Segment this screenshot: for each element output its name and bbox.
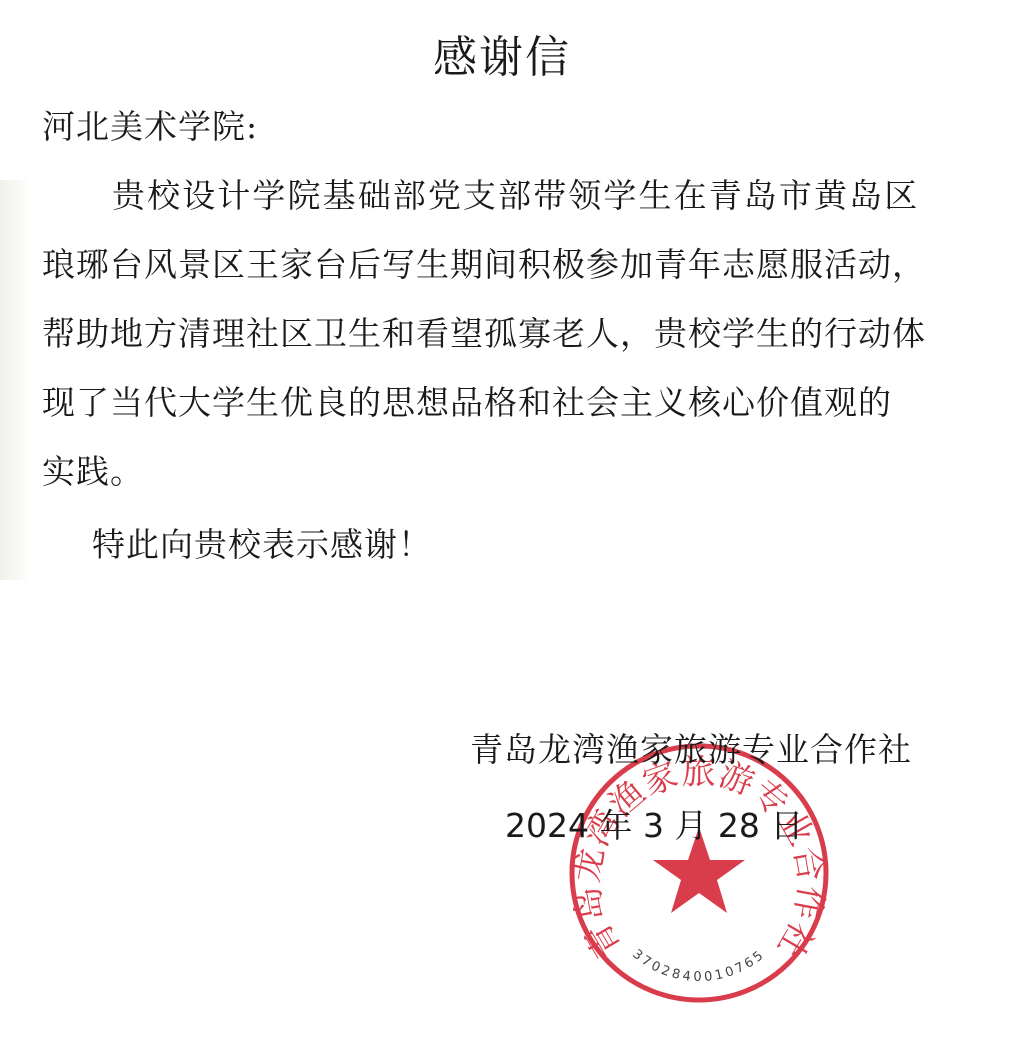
salutation: 河北美术学院: (42, 107, 258, 147)
body-line-5: 实践。 (42, 452, 144, 492)
signer-organization: 青岛龙湾渔家旅游专业合作社 (470, 730, 912, 770)
body-line-4: 现了当代大学生优良的思想品格和社会主义核心价值观的 (42, 383, 892, 423)
official-seal: 青岛龙湾渔家旅游专业合作社 3702840010765 (568, 742, 830, 1004)
body-line-2: 琅琊台风景区王家台后写生期间积极参加青年志愿服活动， (42, 245, 926, 285)
scan-edge-shadow (0, 180, 30, 580)
letter-title: 感谢信 (0, 30, 1004, 86)
signature-date: 2024 年 3 月 28 日 (505, 806, 803, 846)
body-line-1-text: 贵校设计学院基础部党支部带领学生在青岛市黄岛区 (112, 176, 919, 215)
svg-text:3702840010765: 3702840010765 (629, 947, 768, 985)
seal-code: 3702840010765 (629, 947, 768, 985)
closing-line: 特此向贵校表示感谢！ (92, 525, 432, 565)
body-line-1: 贵校设计学院基础部党支部带领学生在青岛市黄岛区 (42, 176, 919, 216)
body-line-3: 帮助地方清理社区卫生和看望孤寡老人，贵校学生的行动体 (42, 314, 926, 354)
